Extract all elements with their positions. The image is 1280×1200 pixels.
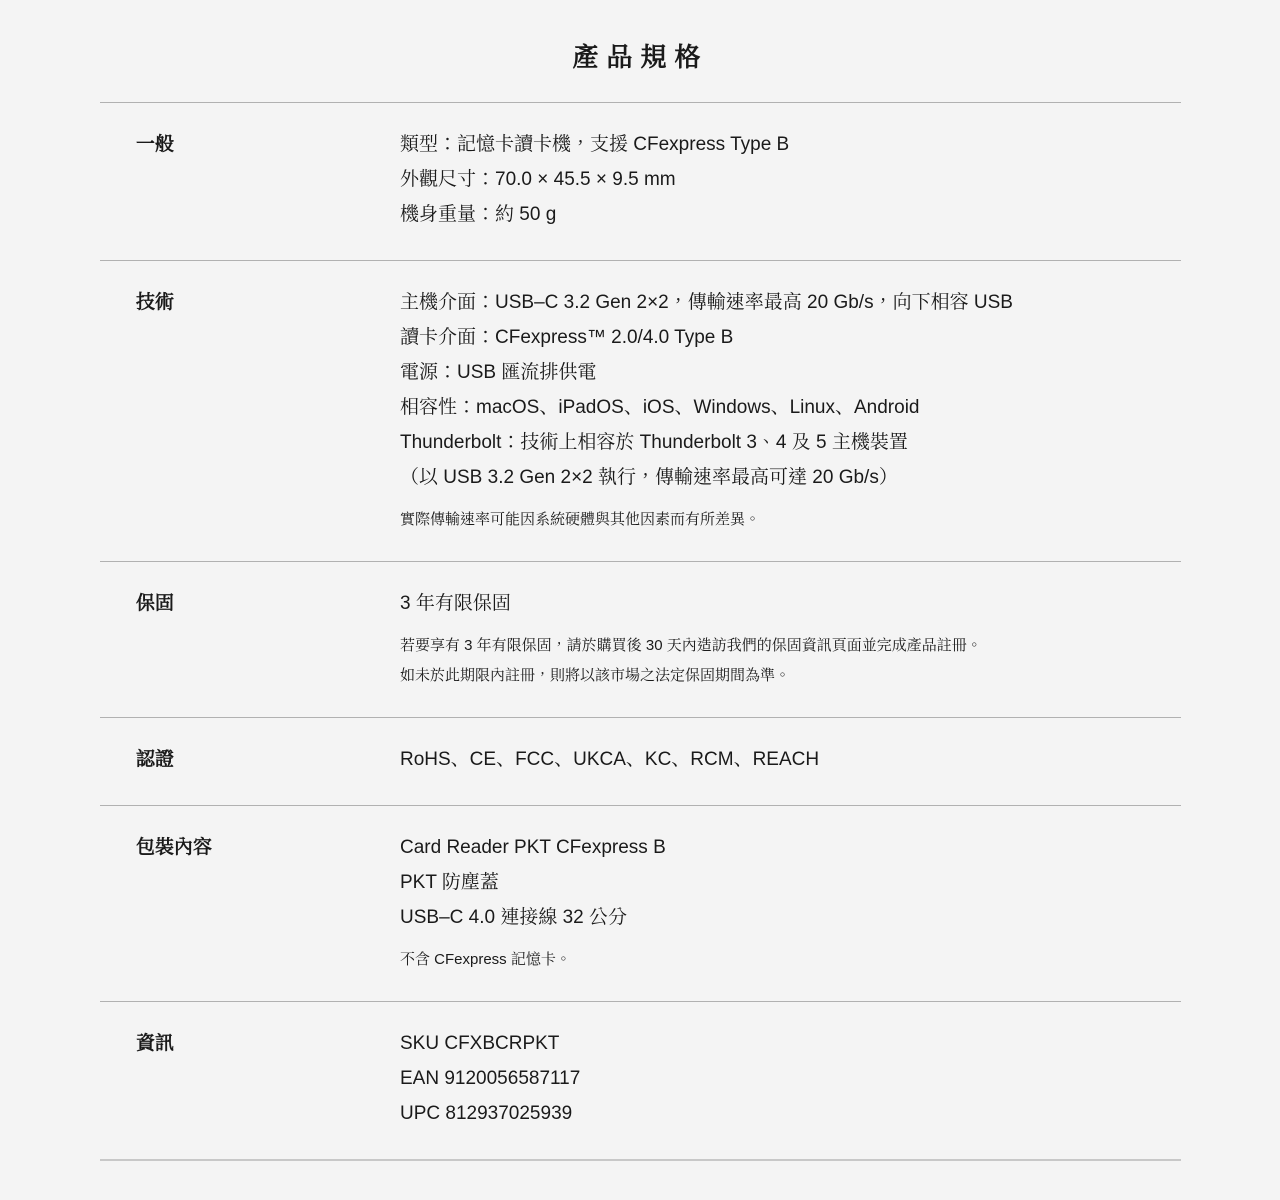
spec-line: 如未於此期限內註冊，則將以該市場之法定保固期間為準。 <box>400 663 1171 689</box>
spec-line: PKT 防塵蓋 <box>400 865 1171 900</box>
spec-line: EAN 9120056587117 <box>400 1061 1171 1096</box>
section-label: 認證 <box>100 742 400 777</box>
section-content: Card Reader PKT CFexpress BPKT 防塵蓋USB–C … <box>400 830 1181 973</box>
spec-line: 外觀尺寸：70.0 × 45.5 × 9.5 mm <box>400 162 1171 197</box>
spec-line: 相容性：macOS、iPadOS、iOS、Windows、Linux、Andro… <box>400 390 1171 425</box>
spec-line: 不含 CFexpress 記憶卡。 <box>400 947 1171 973</box>
spec-table: 一般 類型：記憶卡讀卡機，支援 CFexpress Type B外觀尺寸：70.… <box>100 102 1181 1159</box>
section-content: 3 年有限保固若要享有 3 年有限保固，請於購買後 30 天內造訪我們的保固資訊… <box>400 586 1181 689</box>
spec-line: SKU CFXBCRPKT <box>400 1026 1171 1061</box>
spec-line: 電源：USB 匯流排供電 <box>400 355 1171 390</box>
spec-line: （以 USB 3.2 Gen 2×2 執行，傳輸速率最高可達 20 Gb/s） <box>400 460 1171 495</box>
spec-line: 3 年有限保固 <box>400 586 1171 621</box>
section-label: 資訊 <box>100 1026 400 1131</box>
spec-section: 一般 類型：記憶卡讀卡機，支援 CFexpress Type B外觀尺寸：70.… <box>100 102 1181 260</box>
spec-line: 若要享有 3 年有限保固，請於購買後 30 天內造訪我們的保固資訊頁面並完成產品… <box>400 633 1171 659</box>
section-content: 類型：記憶卡讀卡機，支援 CFexpress Type B外觀尺寸：70.0 ×… <box>400 127 1181 232</box>
section-content: RoHS、CE、FCC、UKCA、KC、RCM、REACH <box>400 742 1181 777</box>
spec-line: 讀卡介面：CFexpress™ 2.0/4.0 Type B <box>400 320 1171 355</box>
section-label: 包裝內容 <box>100 830 400 973</box>
spec-page: 產品規格 一般 類型：記憶卡讀卡機，支援 CFexpress Type B外觀尺… <box>100 0 1181 1161</box>
section-label: 技術 <box>100 285 400 533</box>
spec-section: 包裝內容 Card Reader PKT CFexpress BPKT 防塵蓋U… <box>100 805 1181 1001</box>
page-title: 產品規格 <box>100 0 1181 102</box>
spec-line: 實際傳輸速率可能因系統硬體與其他因素而有所差異。 <box>400 507 1171 533</box>
spec-section: 認證 RoHS、CE、FCC、UKCA、KC、RCM、REACH <box>100 717 1181 805</box>
spec-line: RoHS、CE、FCC、UKCA、KC、RCM、REACH <box>400 742 1171 777</box>
section-content: 主機介面：USB–C 3.2 Gen 2×2，傳輸速率最高 20 Gb/s，向下… <box>400 285 1181 533</box>
spec-line: 主機介面：USB–C 3.2 Gen 2×2，傳輸速率最高 20 Gb/s，向下… <box>400 285 1171 320</box>
spec-line: 類型：記憶卡讀卡機，支援 CFexpress Type B <box>400 127 1171 162</box>
spec-line: 機身重量：約 50 g <box>400 197 1171 232</box>
spec-section: 技術 主機介面：USB–C 3.2 Gen 2×2，傳輸速率最高 20 Gb/s… <box>100 260 1181 561</box>
section-label: 一般 <box>100 127 400 232</box>
spec-section: 保固 3 年有限保固若要享有 3 年有限保固，請於購買後 30 天內造訪我們的保… <box>100 561 1181 717</box>
spec-line: Card Reader PKT CFexpress B <box>400 830 1171 865</box>
spec-line: USB–C 4.0 連接線 32 公分 <box>400 900 1171 935</box>
spec-line: Thunderbolt：技術上相容於 Thunderbolt 3、4 及 5 主… <box>400 425 1171 460</box>
section-content: SKU CFXBCRPKTEAN 9120056587117UPC 812937… <box>400 1026 1181 1131</box>
bottom-divider <box>100 1159 1181 1161</box>
section-label: 保固 <box>100 586 400 689</box>
spec-line: UPC 812937025939 <box>400 1096 1171 1131</box>
spec-section: 資訊 SKU CFXBCRPKTEAN 9120056587117UPC 812… <box>100 1001 1181 1159</box>
